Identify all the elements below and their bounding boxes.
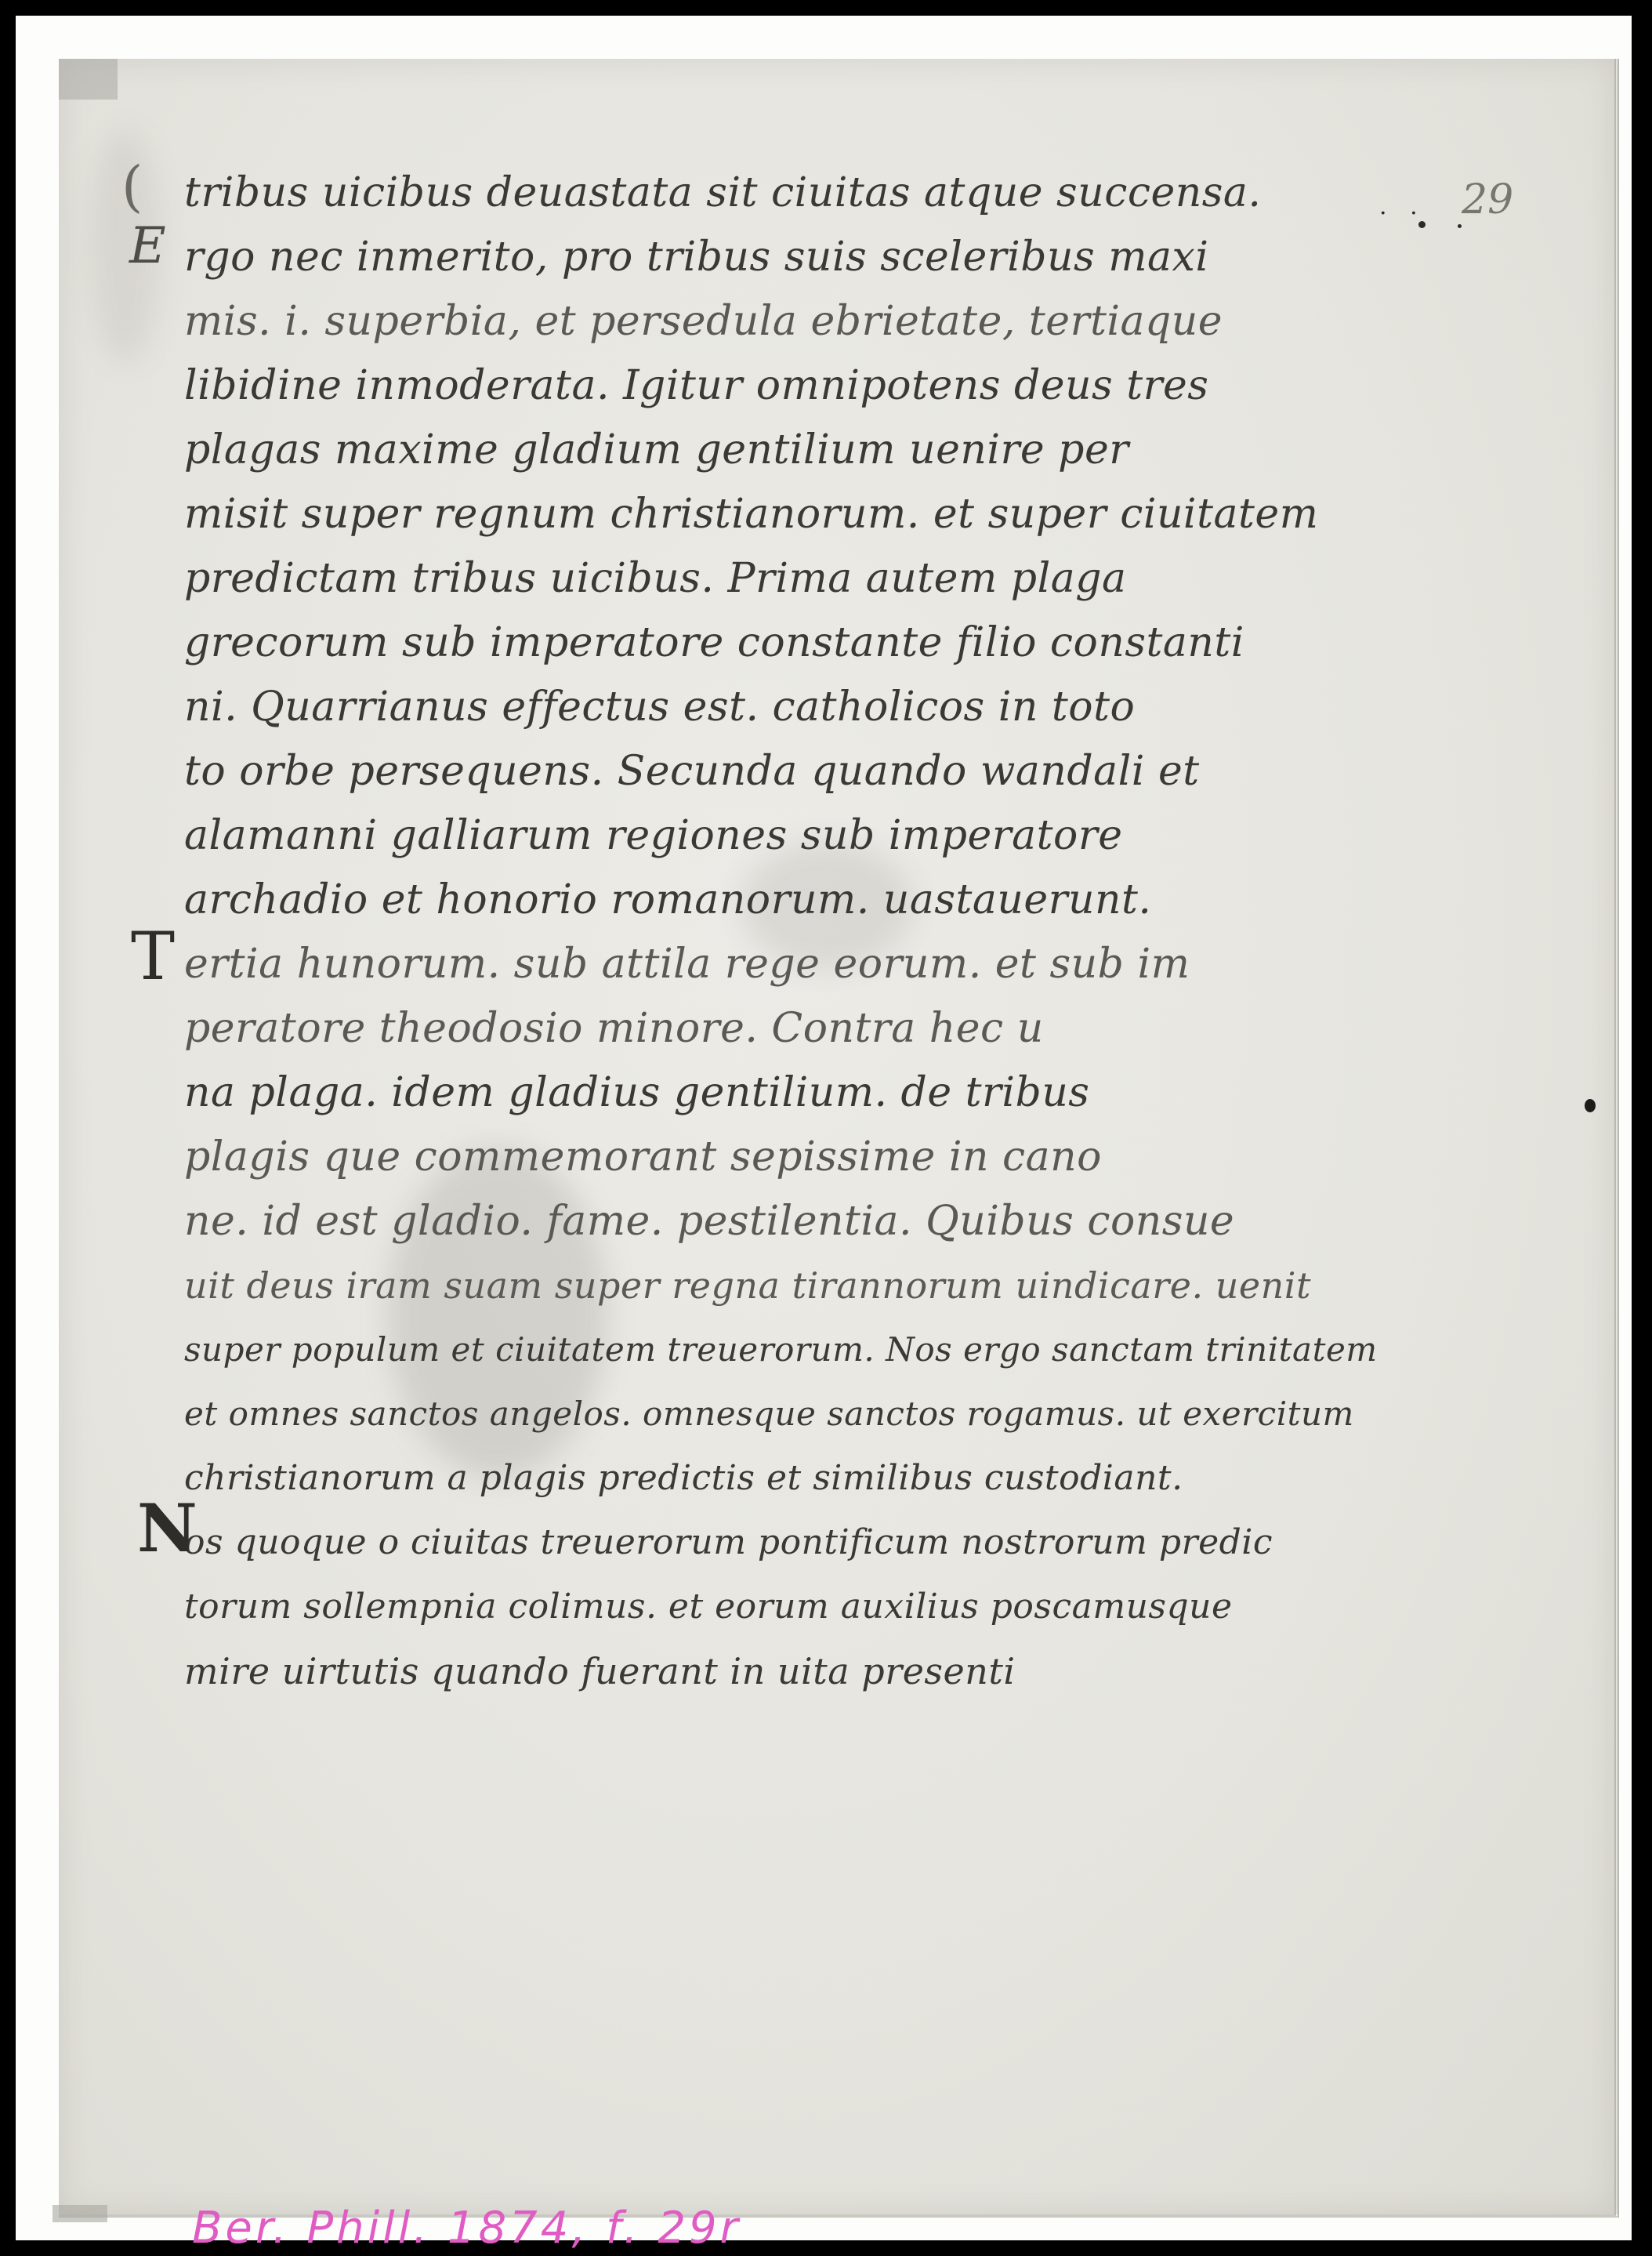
corner-tab-bottom-left <box>53 2205 107 2222</box>
text-line-20: et omnes sanctos angelos. omnesque sanct… <box>184 1382 1407 1446</box>
text-line-3: mis. i. superbia, et persedula ebrietate… <box>184 289 1407 354</box>
text-line-15: na plaga. idem gladius gentilium. de tri… <box>184 1061 1407 1125</box>
text-line-9: ni. Quarrianus effectus est. catholicos … <box>184 675 1407 739</box>
folio-number: 29 <box>1462 176 1513 223</box>
initial-t: T <box>131 924 176 988</box>
text-line-18: uit deus iram suam super regna tirannoru… <box>184 1253 1407 1318</box>
text-line-4: libidine inmoderata. Igitur omnipotens d… <box>184 354 1407 418</box>
text-line-24: mire uirtutis quando fuerant in uita pre… <box>184 1639 1407 1703</box>
text-line-11: alamanni galliarum regiones sub imperato… <box>184 803 1407 868</box>
initial-e: E <box>129 214 166 278</box>
text-line-16: plagis que commemorant sepissime in cano <box>184 1125 1407 1189</box>
margin-flourish: ( <box>121 154 143 219</box>
text-line-21: christianorum a plagis predictis et simi… <box>184 1446 1407 1511</box>
folio-marks: · · <box>1379 200 1426 227</box>
text-line-22: N os quoque o ciuitas treuerorum pontifi… <box>184 1511 1407 1575</box>
text-line-14: peratore theodosio minore. Contra hec u <box>184 996 1407 1061</box>
manuscript-text: ( tribus uicibus deuastata sit ciuitas a… <box>184 161 1407 1703</box>
text-line-2: E rgo nec inmerito, pro tribus suis scel… <box>184 225 1407 289</box>
text-line-1: ( tribus uicibus deuastata sit ciuitas a… <box>184 161 1407 225</box>
text-line-23: torum sollempnia colimus. et eorum auxil… <box>184 1575 1407 1639</box>
text-line-8: grecorum sub imperatore constante filio … <box>184 611 1407 675</box>
initial-n: N <box>137 1496 197 1561</box>
corner-tab-top-left <box>59 59 118 100</box>
text-line-17: ne. id est gladio. fame. pestilentia. Qu… <box>184 1189 1407 1253</box>
edge-mark <box>1585 1099 1596 1112</box>
text-line-12: archadio et honorio romanorum. uastaueru… <box>184 868 1407 932</box>
text-line-5: plagas maxime gladium gentilium uenire p… <box>184 418 1407 482</box>
text-line-10: to orbe persequens. Secunda quando wanda… <box>184 739 1407 803</box>
photograph-mount: 29 ( tribus uicibus deuastata sit ciuita… <box>16 16 1632 2240</box>
text-line-13: T ertia hunorum. sub attila rege eorum. … <box>184 932 1407 996</box>
foxing-spot <box>1458 224 1462 228</box>
shelfmark-annotation: Ber. Phill. 1874, f. 29r <box>192 2203 741 2254</box>
text-line-6: misit super regnum christianorum. et sup… <box>184 482 1407 546</box>
text-line-19: super populum et ciuitatem treuerorum. N… <box>184 1318 1407 1382</box>
text-line-7: predictam tribus uicibus. Prima autem pl… <box>184 546 1407 611</box>
